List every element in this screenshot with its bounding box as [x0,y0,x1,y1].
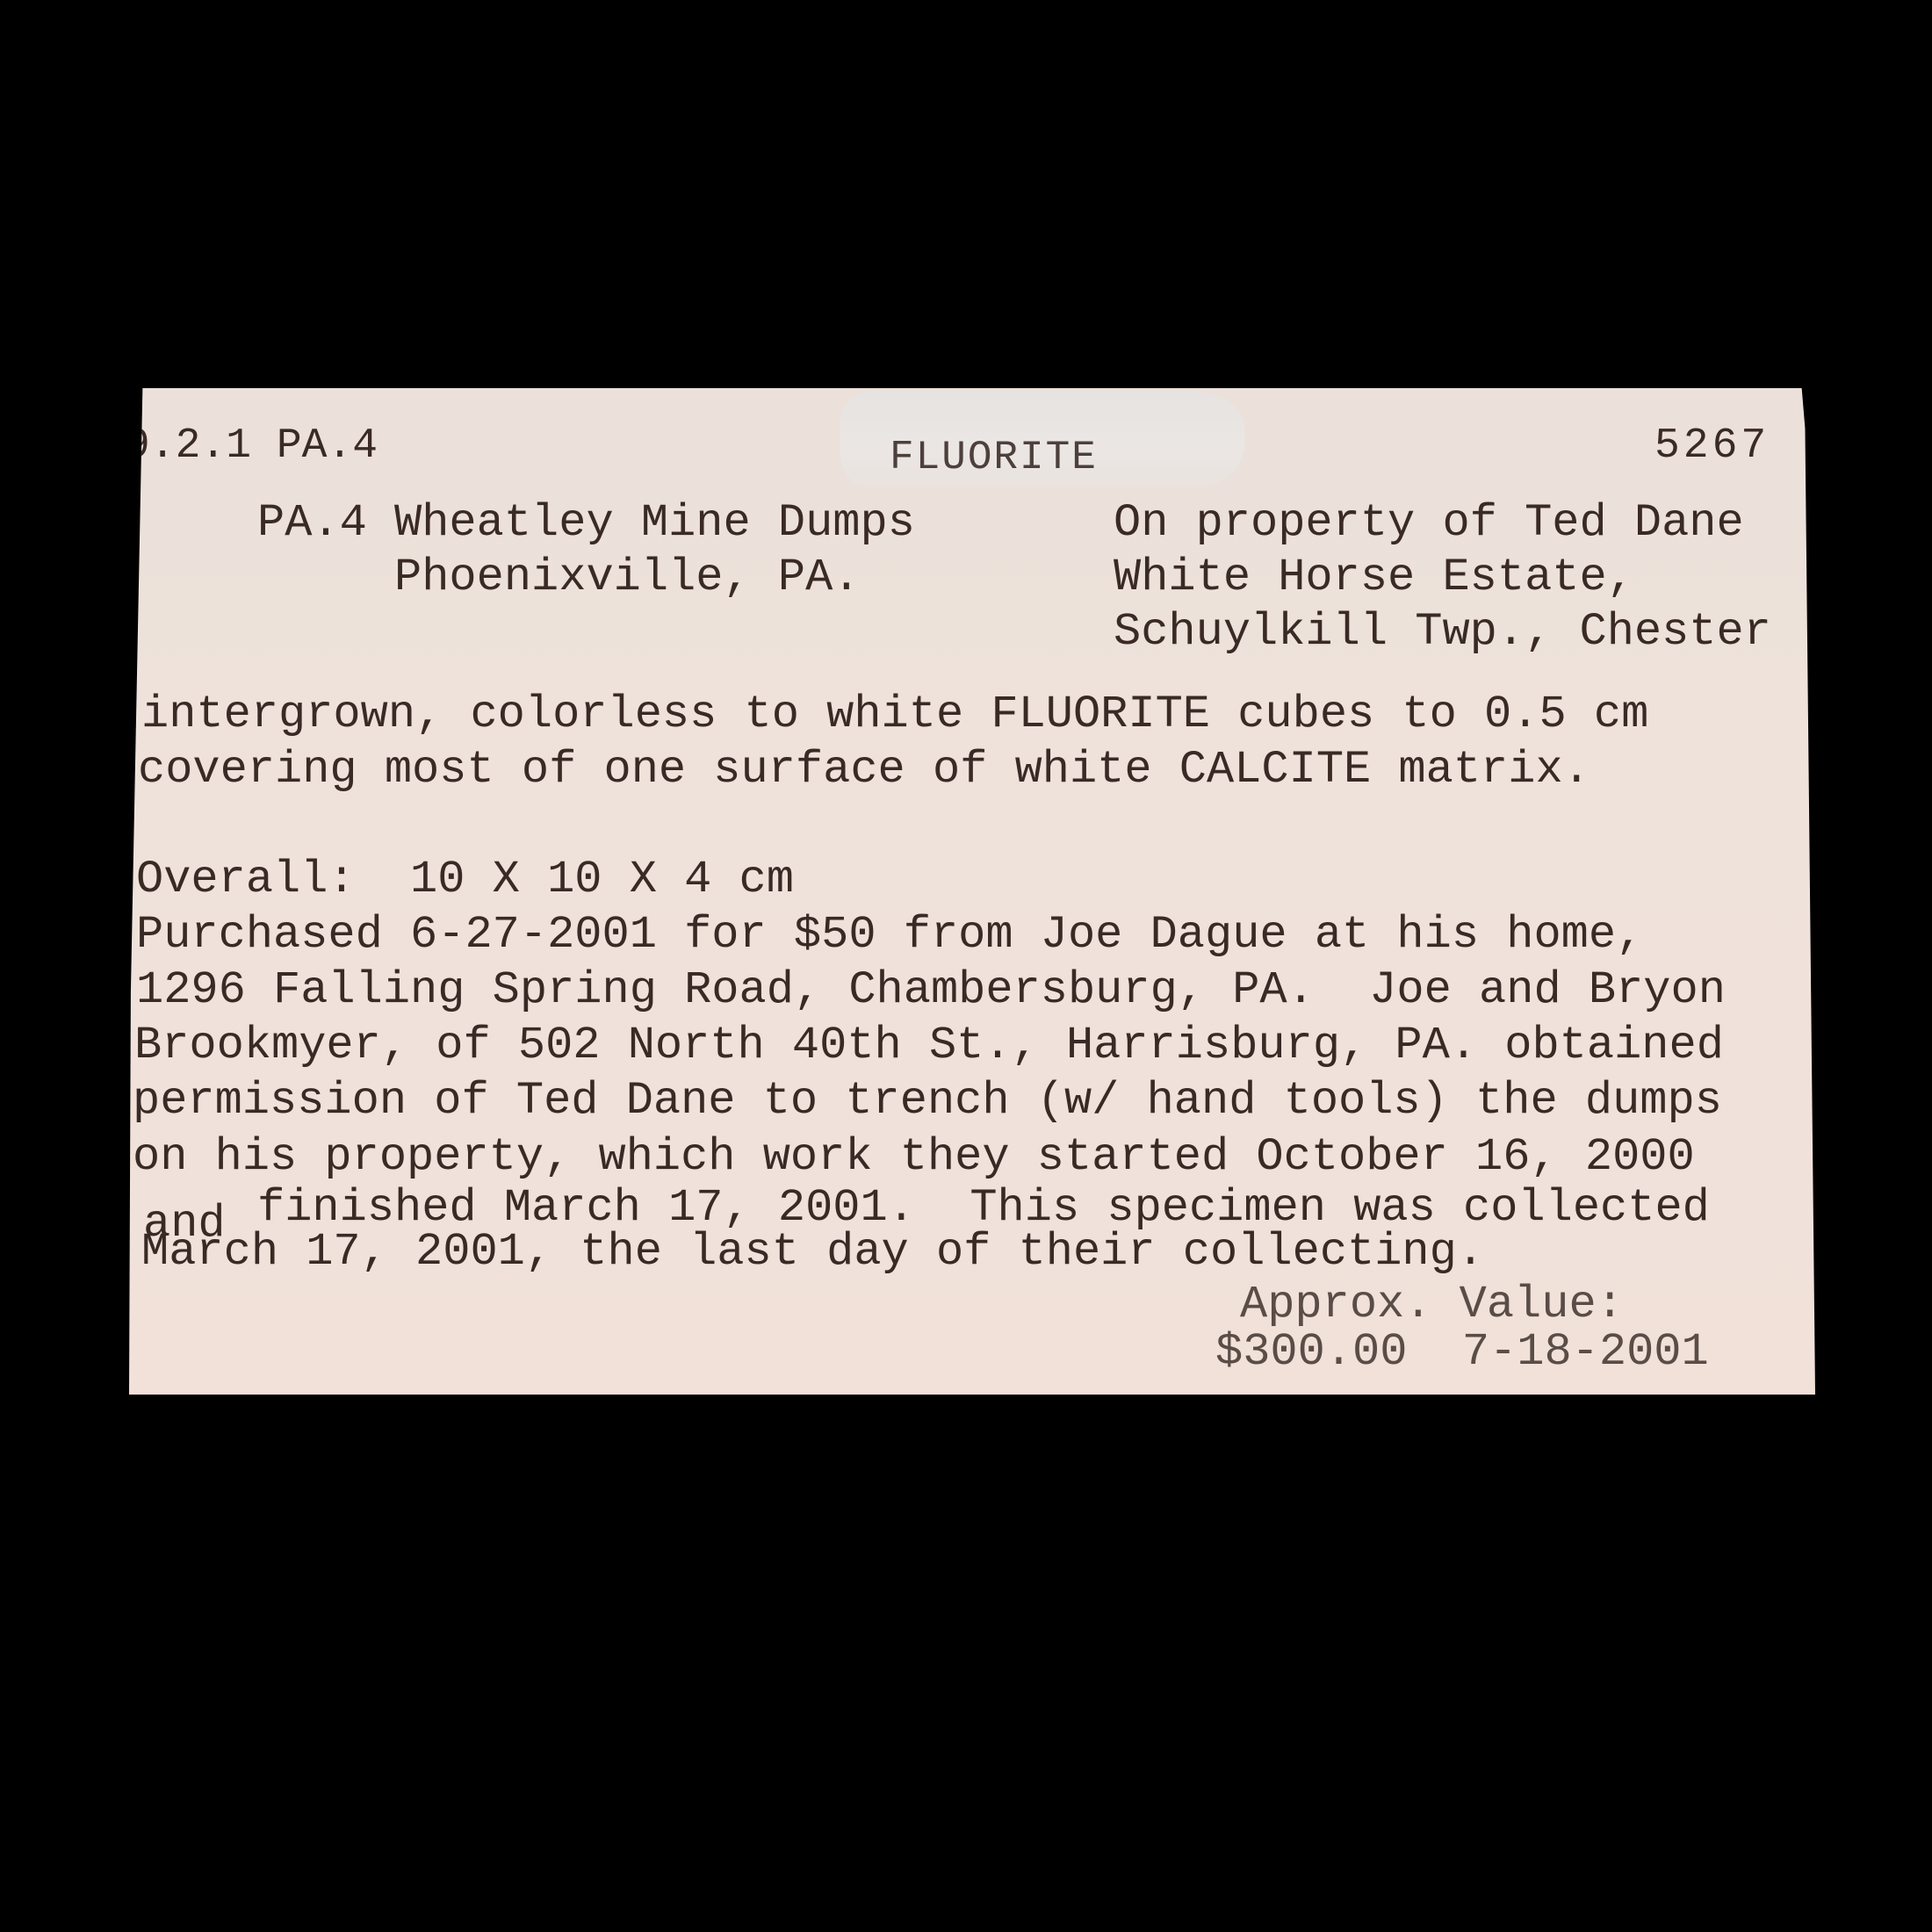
locality-line-1: PA.4 Wheatley Mine Dumps [257,501,915,546]
provenance-line-6: finished March 17, 2001. This specimen w… [257,1186,1710,1231]
specimen-number: 5267 [1654,425,1770,467]
provenance-line-1: Purchased 6-27-2001 for $50 from Joe Dag… [136,912,1643,958]
provenance-line-2: 1296 Falling Spring Road, Chambersburg, … [136,968,1726,1013]
approx-value-label: Approx. Value: [1240,1282,1624,1328]
property-line-3: Schuylkill Twp., Chester [1114,609,1771,655]
provenance-line-3: Brookmyer, of 502 North 40th St., Harris… [134,1023,1724,1069]
provenance-line-4: permission of Ted Dane to trench (w/ han… [133,1078,1722,1124]
dimensions-line: Overall: 10 X 10 X 4 cm [136,857,794,903]
approx-value-amount: $300.00 7-18-2001 [1215,1330,1709,1375]
property-line-1: On property of Ted Dane [1114,501,1744,546]
provenance-line-7: March 17, 2001, the last day of their co… [141,1229,1484,1275]
description-line-2: covering most of one surface of white CA… [138,747,1590,793]
description-line-1: intergrown, colorless to white FLUORITE … [141,692,1648,738]
provenance-line-5: on his property, which work they started… [133,1135,1695,1180]
catalog-code: 9.2.1 PA.4 [125,425,378,467]
locality-line-2: Phoenixville, PA. [257,555,861,601]
specimen-label-card: 9.2.1 PA.4 FLUORITE 5267 PA.4 Wheatley M… [129,388,1815,1395]
property-line-2: White Horse Estate, [1114,555,1634,601]
mineral-name: FLUORITE [890,437,1098,478]
